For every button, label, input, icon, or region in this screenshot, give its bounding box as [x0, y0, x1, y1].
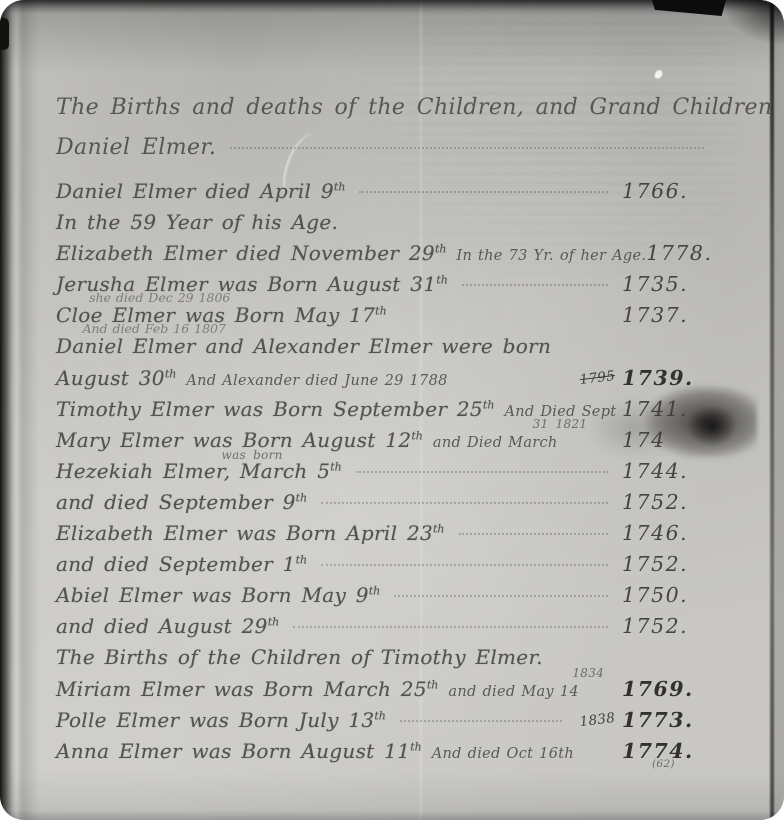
record-row: Anna Elmer was Born August 11thAnd died …	[56, 739, 718, 770]
record-row: and died August 29th1752.	[56, 614, 718, 645]
record-row: and died September 9th1752.	[56, 490, 718, 521]
year-value: 1744.	[622, 459, 688, 483]
page-body: The Births and deaths of the Children, a…	[56, 0, 718, 820]
ordinal-suffix: th	[435, 243, 447, 256]
pencil-note: And died Feb 16 1807	[82, 323, 225, 335]
record-text: August 30th	[56, 366, 176, 390]
record-text: Elizabeth Elmer died November 29th	[56, 241, 446, 265]
year-sub-note: (62)	[652, 758, 675, 770]
dotted-leader	[394, 595, 608, 597]
ordinal-suffix: th	[375, 305, 387, 318]
record-row: and died September 1th1752.	[56, 552, 718, 583]
dotted-leader	[400, 720, 563, 722]
year-column: 1766.	[622, 179, 718, 203]
year-value: 1750.	[622, 583, 688, 607]
ordinal-suffix: th	[296, 553, 308, 566]
year-column: 1735.	[622, 272, 718, 296]
record-row: The Births of the Children of Timothy El…	[56, 645, 718, 676]
ordinal-suffix: th	[436, 274, 448, 287]
dotted-leader	[293, 626, 608, 628]
year-value: 1752.	[622, 614, 688, 638]
year-value: 174	[622, 428, 666, 452]
document-page: The Births and deaths of the Children, a…	[0, 0, 784, 820]
dotted-leader	[321, 564, 608, 566]
dotted-leader	[356, 471, 608, 473]
year-column: 1744.	[622, 459, 718, 483]
record-row: Timothy Elmer was Born September 25thAnd…	[56, 397, 718, 428]
page-margin-strip	[772, 0, 784, 820]
record-text: Timothy Elmer was Born September 25th	[56, 397, 494, 421]
ordinal-suffix: th	[483, 398, 495, 411]
record-row: In the 59 Year of his Age.	[56, 210, 718, 241]
record-row: Polle Elmer was Born July 13th18381773.	[56, 708, 718, 739]
annotation-text: In the 73 Yr. of her Age.	[456, 248, 646, 264]
year-value: 1735.	[622, 272, 688, 296]
year-value: 1741.	[622, 397, 688, 421]
record-text: In the 59 Year of his Age.	[56, 210, 338, 234]
year-column: 1739.	[622, 366, 718, 390]
left-edge-shadow	[0, 0, 16, 820]
record-row: 1834Miriam Elmer was Born March 25thand …	[56, 677, 718, 708]
year-column: 1741.	[622, 397, 718, 421]
dotted-leader	[462, 284, 608, 286]
record-row: Abiel Elmer was Born May 9th1750.	[56, 583, 718, 614]
record-text: and died September 1th	[56, 552, 307, 576]
year-value: 1746.	[622, 521, 688, 545]
dotted-leader	[359, 191, 608, 193]
year-value: 1739.	[622, 366, 694, 390]
overwritten-scribble: 1795	[579, 367, 616, 387]
record-row: Daniel Elmer died April 9th1766.	[56, 179, 718, 210]
record-row: August 30thAnd Alexander died June 29 17…	[56, 366, 718, 397]
dotted-leader	[459, 533, 608, 535]
record-row: Elizabeth Elmer died November 29thIn the…	[56, 241, 718, 272]
record-text: and died August 29th	[56, 614, 279, 638]
interlinear-note: was born	[222, 449, 283, 461]
annotation-text: and Died March	[433, 435, 558, 451]
overwritten-scribble: 1838	[579, 710, 616, 730]
ordinal-suffix: th	[411, 429, 423, 442]
dotted-leader	[321, 502, 608, 504]
year-column: 1778.	[646, 241, 742, 265]
ordinal-suffix: th	[369, 585, 381, 598]
left-crease-shadow	[20, 0, 38, 820]
annotation-text: And Alexander died June 29 1788	[186, 373, 447, 389]
record-row: was bornHezekiah Elmer, March 5th1744.	[56, 459, 718, 490]
ordinal-suffix: th	[330, 460, 342, 473]
year-column: 1773.	[622, 708, 718, 732]
year-column: 1769.	[622, 677, 718, 701]
year-value: 1752.	[622, 552, 688, 576]
pencil-note: she died Dec 29 1806	[89, 292, 230, 304]
ordinal-suffix: th	[296, 491, 308, 504]
interlinear-note: 1834	[572, 667, 604, 679]
year-value: 1769.	[622, 677, 694, 701]
ordinal-suffix: th	[427, 678, 439, 691]
record-text: Hezekiah Elmer, March 5th	[56, 459, 342, 483]
heading-line-1: The Births and deaths of the Children, a…	[56, 88, 718, 128]
year-column: 1750.	[622, 583, 718, 607]
ordinal-suffix: th	[374, 709, 386, 722]
annotation-text: and died May 14	[448, 684, 579, 700]
ordinal-suffix: th	[334, 180, 346, 193]
year-value: 1766.	[622, 179, 688, 203]
heading-line-2: Daniel Elmer.	[56, 128, 216, 168]
record-text: Daniel Elmer died April 9th	[56, 179, 345, 203]
year-column: 1752.	[622, 490, 718, 514]
annotation-text: And died Oct 16th	[432, 746, 574, 762]
interlinear-note: 31 1821	[533, 418, 588, 430]
year-column: 1752.	[622, 614, 718, 638]
dotted-leader	[230, 147, 704, 149]
year-value: 1737.	[622, 303, 688, 327]
record-text: The Births of the Children of Timothy El…	[56, 645, 543, 669]
record-text: Polle Elmer was Born July 13th	[56, 708, 386, 732]
ordinal-suffix: th	[433, 522, 445, 535]
record-text: Daniel Elmer and Alexander Elmer were bo…	[56, 334, 551, 358]
corner-vignette	[720, 0, 784, 46]
page-edge-line	[770, 0, 774, 820]
year-value: 1752.	[622, 490, 688, 514]
ordinal-suffix: th	[268, 616, 280, 629]
record-text: Abiel Elmer was Born May 9th	[56, 583, 380, 607]
year-value: 1778.	[646, 241, 712, 265]
year-column: 1737.	[622, 303, 718, 327]
year-column: 1746.	[622, 521, 718, 545]
record-row: Elizabeth Elmer was Born April 23th1746.	[56, 521, 718, 552]
year-column: 1752.	[622, 552, 718, 576]
records: Daniel Elmer died April 9th1766.In the 5…	[56, 179, 718, 770]
year-column: 174	[622, 428, 718, 452]
record-row: 31 1821Mary Elmer was Born August 12than…	[56, 428, 718, 459]
record-text: Anna Elmer was Born August 11th	[56, 739, 422, 763]
ordinal-suffix: th	[165, 367, 177, 380]
record-text: and died September 9th	[56, 490, 307, 514]
left-edge-notch	[0, 18, 9, 50]
record-row: And died Feb 16 1807Daniel Elmer and Ale…	[56, 334, 718, 365]
ordinal-suffix: th	[410, 740, 422, 753]
register-heading: The Births and deaths of the Children, a…	[56, 0, 718, 168]
year-column: 1774.(62)	[622, 739, 718, 763]
year-value: 1773.	[622, 708, 694, 732]
record-text: Elizabeth Elmer was Born April 23th	[56, 521, 445, 545]
record-text: Miriam Elmer was Born March 25th	[56, 677, 438, 701]
